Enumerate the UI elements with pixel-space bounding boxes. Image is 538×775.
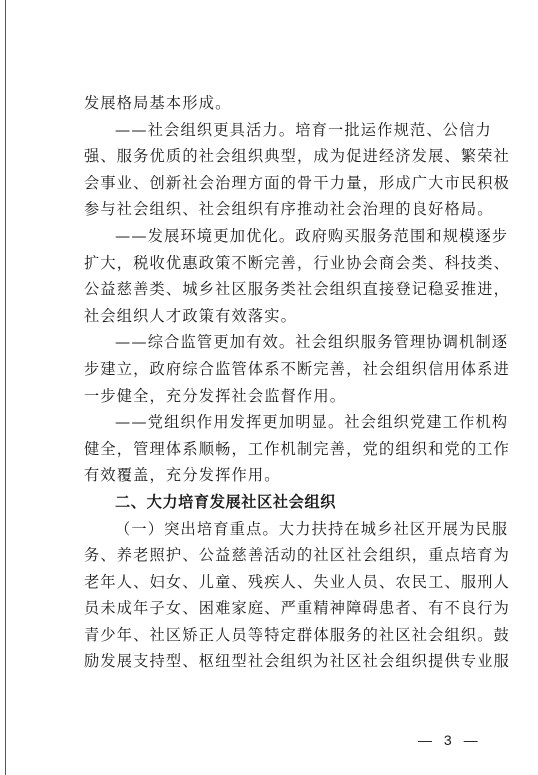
paragraph-line: 发展格局基本形成。 <box>84 90 474 117</box>
paragraph-line: 社会组织人才政策有效落实。 <box>84 303 474 330</box>
paragraph-line: ——社会组织更具活力。培育一批运作规范、公信力 <box>84 117 474 144</box>
paragraph-line: （一）突出培育重点。大力扶持在城乡社区开展为民服 <box>84 516 474 543</box>
paragraph-line: 务、养老照护、公益慈善活动的社区社会组织，重点培育为 <box>84 542 474 569</box>
scan-edge-line <box>5 0 6 775</box>
paragraph-line: 步建立，政府综合监管体系不断完善，社会组织信用体系进 <box>84 356 474 383</box>
paragraph-line: 扩大，税收优惠政策不断完善，行业协会商会类、科技类、 <box>84 250 474 277</box>
paragraph-line: ——综合监管更加有效。社会组织服务管理协调机制逐 <box>84 329 474 356</box>
paragraph-line: 老年人、妇女、儿童、残疾人、失业人员、农民工、服刑人 <box>84 569 474 596</box>
paragraph-line: 有效覆盖，充分发挥作用。 <box>84 462 474 489</box>
paragraph-line: 一步健全，充分发挥社会监督作用。 <box>84 383 474 410</box>
paragraph-line: ——发展环境更加优化。政府购买服务范围和规模逐步 <box>84 223 474 250</box>
paragraph-line: 健全，管理体系顺畅，工作机制完善，党的组织和党的工作 <box>84 436 474 463</box>
paragraph-line: 励发展支持型、枢纽型社会组织为社区社会组织提供专业服 <box>84 648 474 675</box>
section-heading: 二、大力培育发展社区社会组织 <box>84 489 474 516</box>
paragraph-line: 青少年、社区矫正人员等特定群体服务的社区社会组织。鼓 <box>84 622 474 649</box>
document-page: 发展格局基本形成。 ——社会组织更具活力。培育一批运作规范、公信力 强、服务优质… <box>84 90 474 675</box>
paragraph-line: 参与社会组织、社会组织有序推动社会治理的良好格局。 <box>84 196 474 223</box>
paragraph-line: 员未成年子女、困难家庭、严重精神障碍患者、有不良行为 <box>84 595 474 622</box>
paragraph-line: 会事业、创新社会治理方面的骨干力量，形成广大市民积极 <box>84 170 474 197</box>
paragraph-line: ——党组织作用发挥更加明显。社会组织党建工作机构 <box>84 409 474 436</box>
paragraph-line: 强、服务优质的社会组织典型，成为促进经济发展、繁荣社 <box>84 143 474 170</box>
paragraph-line: 公益慈善类、城乡社区服务类社会组织直接登记稳妥推进， <box>84 276 474 303</box>
page-number: — 3 — <box>418 732 482 748</box>
